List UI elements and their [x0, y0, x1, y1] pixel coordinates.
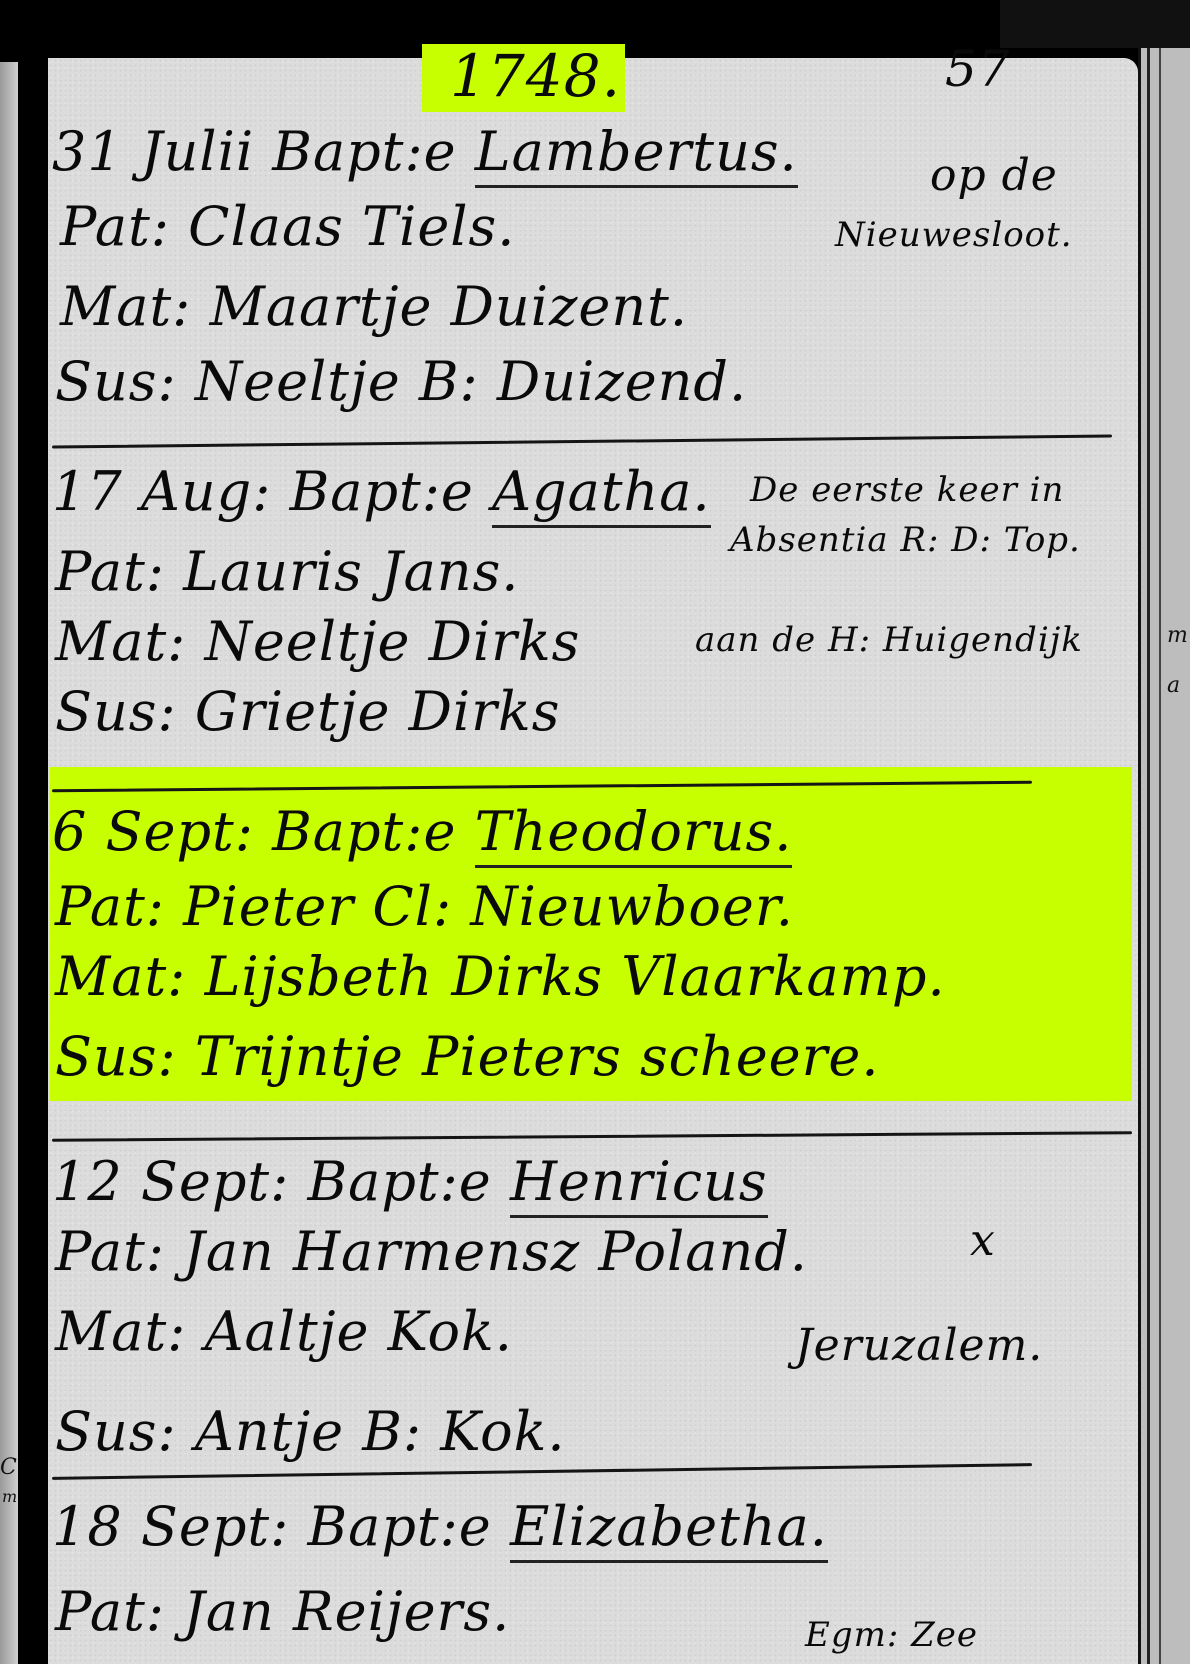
entry-date: 12 Sept:: [52, 1150, 289, 1213]
page-number: 57: [945, 40, 1011, 98]
location-note: Egm: Zee: [805, 1615, 978, 1655]
sus-label: Sus:: [55, 680, 177, 743]
pat-label: Pat:: [55, 540, 165, 603]
page-edge-right: m a: [1138, 48, 1190, 1664]
margin-fragment: a: [1167, 673, 1180, 698]
baptism-label: Bapt:e: [307, 1495, 491, 1558]
side-note: Absentia R: D: Top.: [730, 520, 1081, 560]
entry-date: 17 Aug:: [52, 460, 271, 523]
baptism-label: Bapt:e: [272, 120, 456, 183]
witness-name: Trijntje Pieters scheere.: [195, 1025, 880, 1088]
child-name: Theodorus.: [475, 800, 793, 868]
cross-mark: x: [970, 1215, 996, 1266]
margin-fragment: m: [1167, 623, 1188, 648]
witness-name: Neeltje B: Duizend.: [195, 350, 747, 413]
location-note: Nieuwesloot.: [835, 215, 1073, 255]
scan-border: [1000, 0, 1190, 48]
witness-name: Grietje Dirks: [195, 680, 561, 743]
mother-name: Aaltje Kok.: [205, 1300, 513, 1363]
location-note: Jeruzalem.: [795, 1320, 1043, 1371]
father-name: Pieter Cl: Nieuwboer.: [183, 875, 794, 938]
margin-fragment: C: [0, 1455, 17, 1480]
mother-name: Neeltje Dirks: [205, 610, 581, 673]
sus-label: Sus:: [55, 350, 177, 413]
pat-label: Pat:: [60, 195, 170, 258]
margin-fragment: m: [2, 1487, 17, 1506]
sus-label: Sus:: [55, 1025, 177, 1088]
entry-date: 31 Julii: [52, 120, 254, 183]
pat-label: Pat:: [55, 875, 165, 938]
baptism-label: Bapt:e: [307, 1150, 491, 1213]
baptism-label: Bapt:e: [290, 460, 474, 523]
child-name: Lambertus.: [475, 120, 798, 188]
sus-label: Sus:: [55, 1400, 177, 1463]
baptism-label: Bapt:e: [272, 800, 456, 863]
witness-name: Antje B: Kok.: [195, 1400, 566, 1463]
child-name: Agatha.: [492, 460, 711, 528]
father-name: Jan Reijers.: [183, 1580, 510, 1643]
location-note: op de: [930, 150, 1058, 201]
child-name: Henricus: [510, 1150, 768, 1218]
mat-label: Mat:: [55, 1300, 186, 1363]
father-name: Lauris Jans.: [183, 540, 519, 603]
entry-date: 6 Sept:: [52, 800, 254, 863]
entry-date: 18 Sept:: [52, 1495, 289, 1558]
mother-name: Lijsbeth Dirks Vlaarkamp.: [205, 945, 946, 1008]
mother-name: Maartje Duizent.: [210, 275, 688, 338]
mat-label: Mat:: [55, 945, 186, 1008]
location-note: aan de H: Huigendijk: [695, 620, 1083, 660]
pat-label: Pat:: [55, 1580, 165, 1643]
father-name: Jan Harmensz Poland.: [183, 1220, 808, 1283]
side-note: De eerste keer in: [750, 470, 1064, 510]
mat-label: Mat:: [55, 610, 186, 673]
adjacent-page-edge: C m: [0, 62, 18, 1664]
book-binding-gutter: [18, 0, 48, 1664]
child-name: Elizabetha.: [510, 1495, 828, 1563]
pat-label: Pat:: [55, 1220, 165, 1283]
mat-label: Mat:: [60, 275, 191, 338]
father-name: Claas Tiels.: [188, 195, 515, 258]
year-heading: 1748.: [450, 42, 621, 110]
